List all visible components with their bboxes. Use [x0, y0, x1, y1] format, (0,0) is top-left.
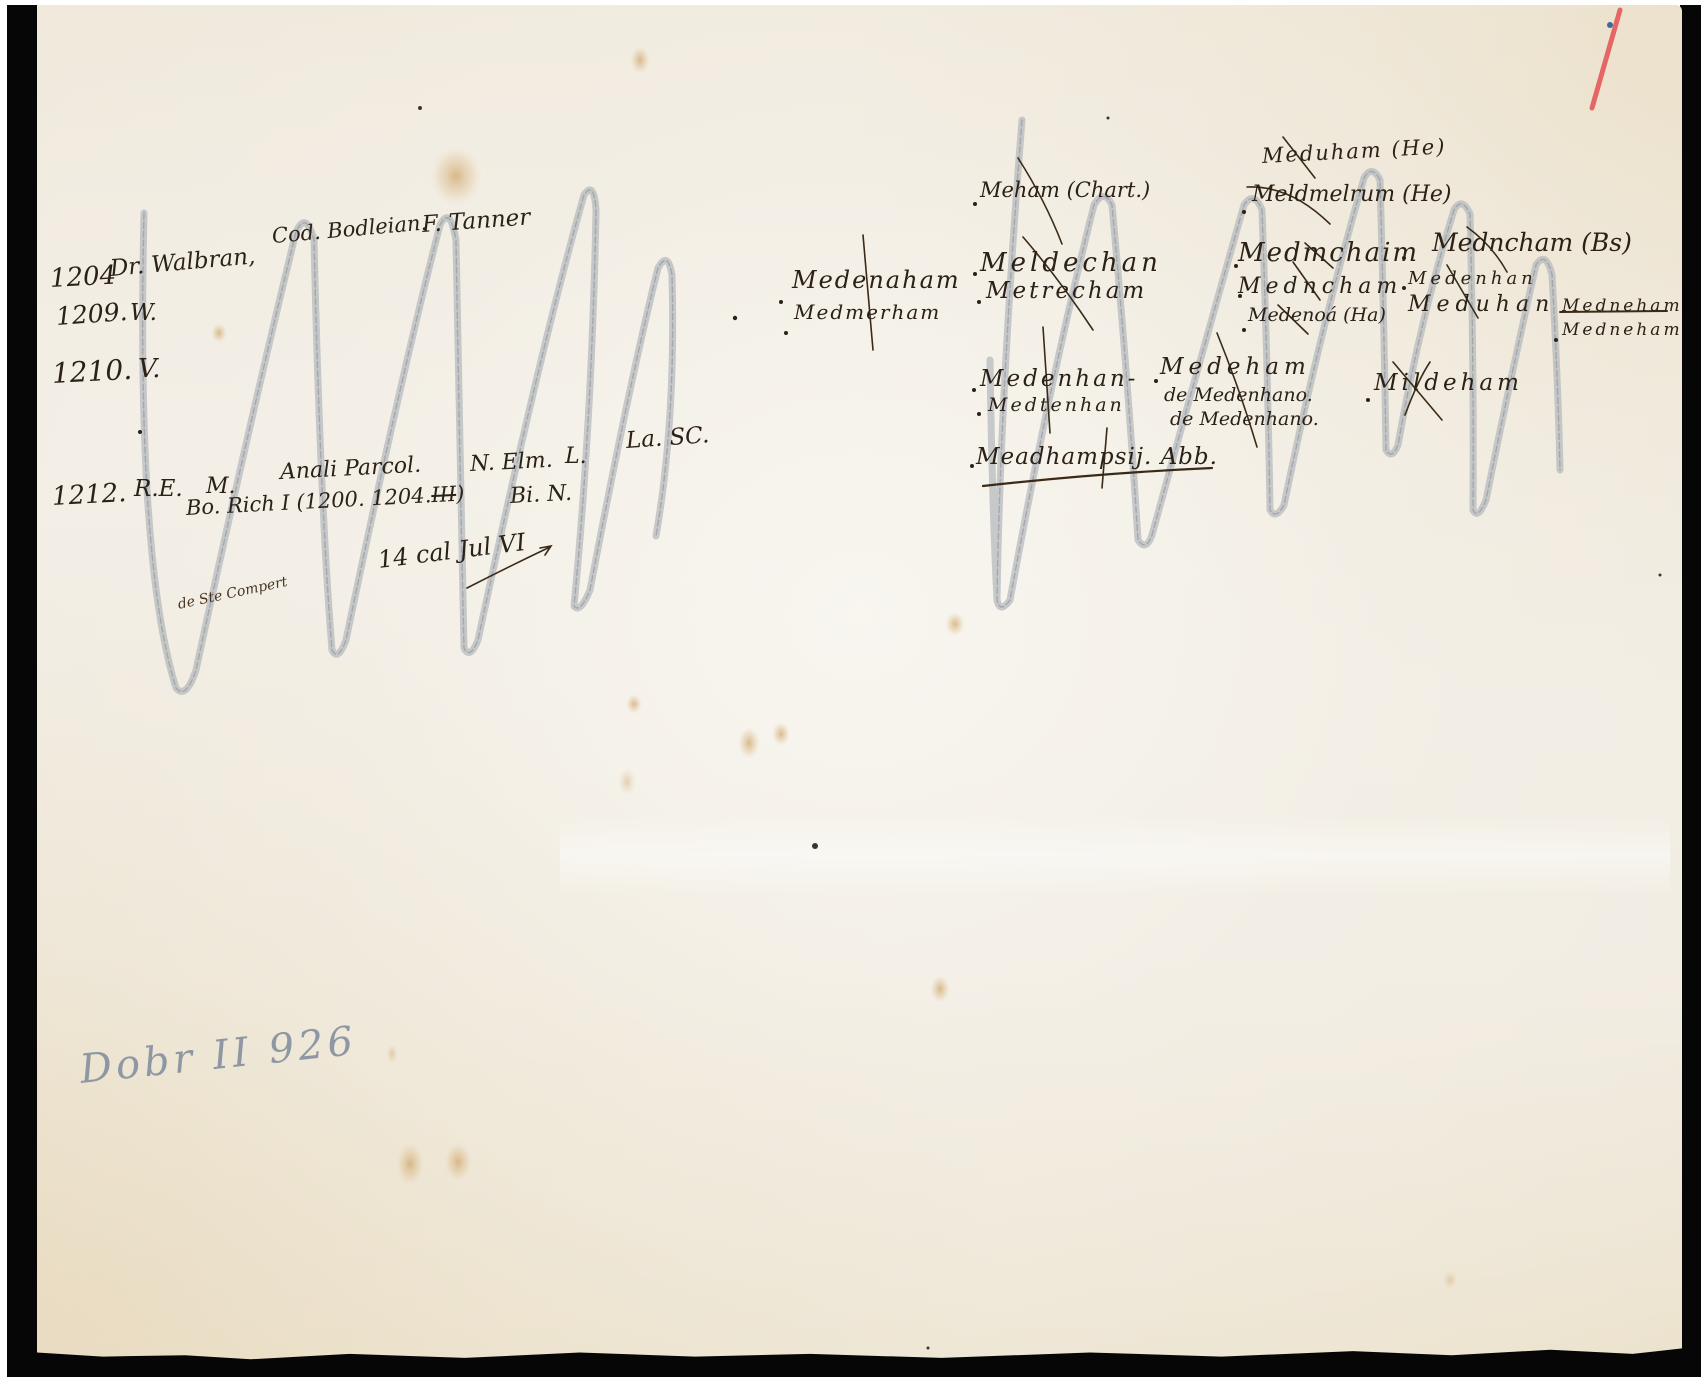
- name-form-underlined: Meadhampsij. Abb.: [976, 446, 1218, 469]
- name-form: Medmerham: [794, 302, 941, 322]
- entry-source: L.: [565, 446, 587, 468]
- entry-year: 1210.: [51, 356, 133, 388]
- name-form: Medmchaim: [1238, 240, 1419, 266]
- continuation-close: ): [455, 481, 464, 505]
- entry-year: 1204: [49, 263, 116, 292]
- red-pencil-mark: [1592, 10, 1620, 108]
- scanned-sheet: 1204 Dr. Walbran, Cod. Bodleian. F. Tann…: [0, 0, 1701, 1379]
- name-form: Medenaham: [792, 268, 961, 292]
- name-form: Meldmelrum (He): [1252, 184, 1452, 206]
- entry-year: 1212.: [51, 480, 127, 510]
- name-form: Medenhan: [1408, 270, 1537, 288]
- name-form: de Medenhano.: [1164, 386, 1313, 405]
- name-form: Medeham: [1160, 356, 1311, 379]
- name-form: Medtenhan: [988, 396, 1125, 415]
- name-form: Meduhan: [1408, 294, 1555, 316]
- name-form: Medneham: [1562, 322, 1683, 339]
- name-form: Medncham: [1238, 276, 1402, 298]
- entry-continuation-source: Bi. N.: [509, 483, 572, 508]
- name-form-struck: Medneham: [1562, 298, 1683, 315]
- name-form: Medenhan-: [980, 368, 1138, 391]
- entry-source: V.: [138, 356, 161, 382]
- entry-source: R.E.: [134, 478, 183, 501]
- name-form: de Medenhano.: [1170, 410, 1319, 429]
- name-form-crossed: Mildeham: [1374, 372, 1523, 395]
- entry-source: N. Elm.: [469, 450, 553, 476]
- entry-source: La. SC.: [625, 424, 710, 453]
- name-form: Medncham (Bs): [1432, 230, 1632, 255]
- name-form: Medenoá (Ha): [1248, 306, 1386, 325]
- name-form: Metrecham: [986, 280, 1147, 303]
- name-form: Meldechan: [980, 250, 1162, 276]
- ink-strokes: [467, 137, 1667, 588]
- struck-numeral: III: [431, 482, 457, 507]
- entry-year: 1209.: [55, 299, 128, 329]
- name-form: Meham (Chart.): [980, 180, 1150, 201]
- entry-source: W.: [130, 302, 157, 325]
- underline-meadham: [983, 468, 1212, 486]
